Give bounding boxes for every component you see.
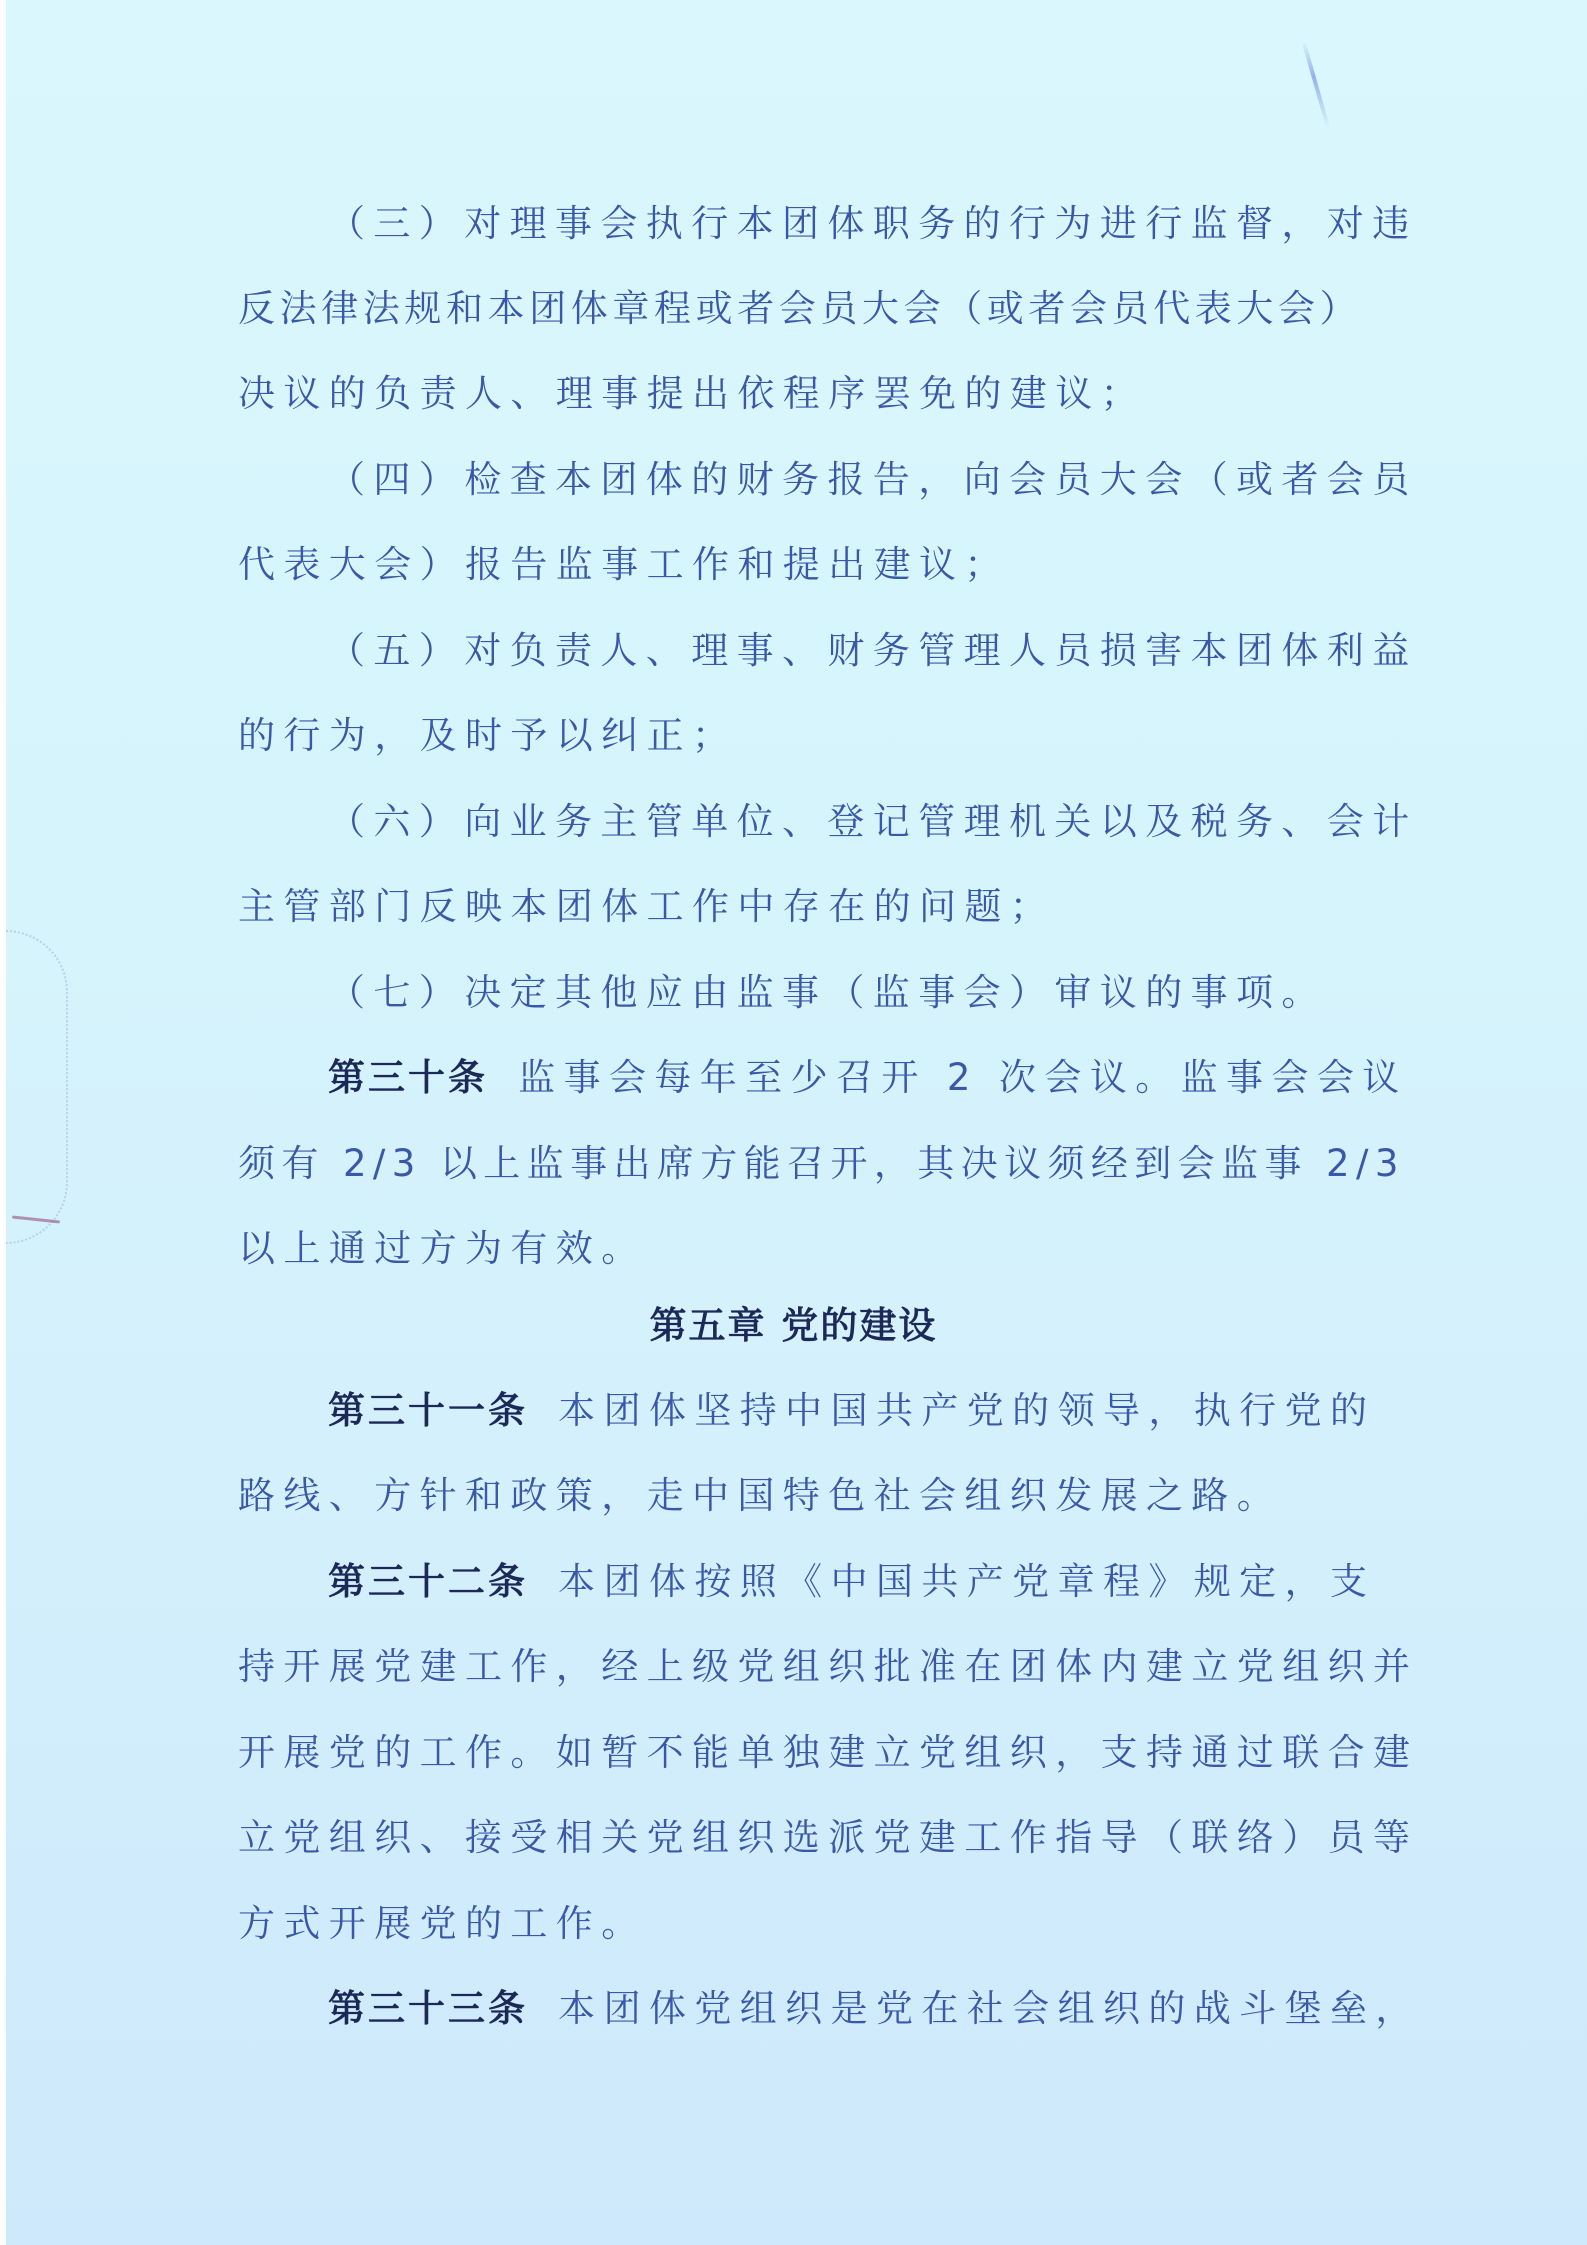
- item-7-line-1: （七）决定其他应由监事（监事会）审议的事项。: [328, 969, 1327, 1017]
- article-33-label: 第三十三条: [328, 1987, 528, 2030]
- article-32-label: 第三十二条: [328, 1560, 528, 1603]
- article-33-text: 本团体党组织是党在社会组织的战斗堡垒，: [558, 1987, 1421, 2030]
- item-4-line-1: （四）检查本团体的财务报告，向会员大会（或者会员: [328, 456, 1418, 504]
- partial-seal-stamp: [6, 930, 68, 1244]
- article-30-first-line: 第三十条 监事会每年至少召开 2 次会议。监事会会议: [328, 1054, 1408, 1102]
- article-32-line-4: 立党组织、接受相关党组织选派党建工作指导（联络）员等: [238, 1814, 1418, 1862]
- article-31-line-2: 路线、方针和政策，走中国特色社会组织发展之路。: [238, 1472, 1282, 1520]
- article-32-line-5: 方式开展党的工作。: [238, 1900, 647, 1948]
- item-3-line-1: （三）对理事会执行本团体职务的行为进行监督，对违: [328, 200, 1418, 248]
- paper-crease-mark: [1302, 41, 1331, 129]
- article-32-line-3: 开展党的工作。如暂不能单独建立党组织，支持通过联合建: [238, 1729, 1418, 1777]
- article-30-text: 监事会每年至少召开 2 次会议。监事会会议: [518, 1056, 1407, 1099]
- item-6-line-2: 主管部门反映本团体工作中存在的问题；: [238, 883, 1055, 931]
- article-30-line-3: 以上通过方为有效。: [238, 1225, 647, 1273]
- article-31-text: 本团体坚持中国共产党的领导，执行党的: [558, 1389, 1375, 1432]
- item-4-line-2: 代表大会）报告监事工作和提出建议；: [238, 541, 1010, 589]
- article-31-label: 第三十一条: [328, 1389, 528, 1432]
- item-3-line-2: 反法律法规和本团体章程或者会员大会（或者会员代表大会）: [238, 285, 1361, 333]
- article-32-text: 本团体按照《中国共产党章程》规定，支: [558, 1560, 1375, 1603]
- article-32-first-line: 第三十二条 本团体按照《中国共产党章程》规定，支: [328, 1558, 1375, 1606]
- item-6-line-1: （六）向业务主管单位、登记管理机关以及税务、会计: [328, 798, 1418, 846]
- item-3-line-3: 决议的负责人、理事提出依程序罢免的建议；: [238, 370, 1146, 418]
- item-5-line-2: 的行为，及时予以纠正；: [238, 712, 737, 760]
- article-33-first-line: 第三十三条 本团体党组织是党在社会组织的战斗堡垒，: [328, 1985, 1421, 2033]
- article-32-line-2: 持开展党建工作，经上级党组织批准在团体内建立党组织并: [238, 1643, 1418, 1691]
- article-30-label: 第三十条: [328, 1056, 488, 1099]
- chapter-heading: 第五章 党的建设: [0, 1302, 1587, 1350]
- article-31-first-line: 第三十一条 本团体坚持中国共产党的领导，执行党的: [328, 1387, 1375, 1435]
- item-5-line-1: （五）对负责人、理事、财务管理人员损害本团体利益: [328, 627, 1418, 675]
- article-30-line-2: 须有 2/3 以上监事出席方能召开，其决议须经到会监事 2/3: [238, 1140, 1405, 1188]
